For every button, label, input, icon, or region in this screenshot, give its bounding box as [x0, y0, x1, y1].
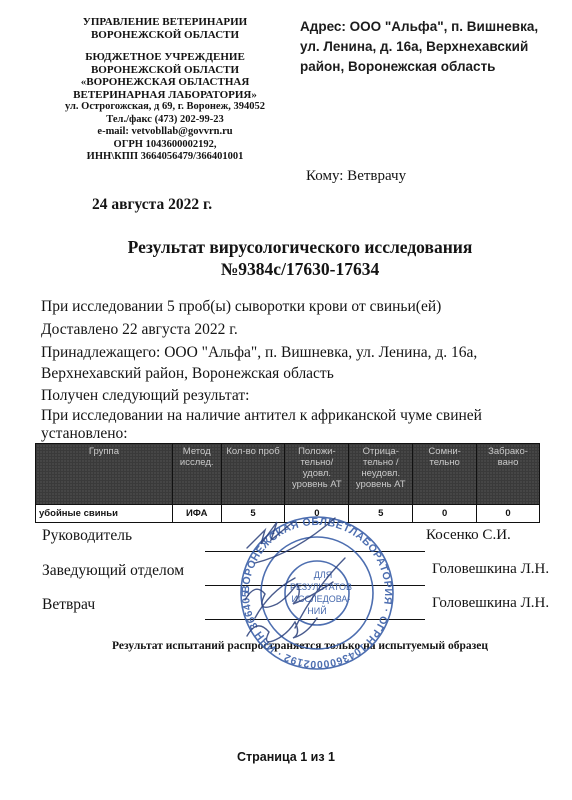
authority-line: ВОРОНЕЖСКОЙ ОБЛАСТИ — [40, 29, 290, 42]
col-rejected: Забрако-вано — [477, 444, 540, 505]
recipient-address: Адрес: ООО "Альфа", п. Вишневка, ул. Лен… — [300, 17, 560, 77]
lab-email: e-mail: vetvobllab@govvrn.ru — [40, 126, 290, 139]
signature-role-vet: Ветврач — [42, 596, 95, 614]
owner-line: Верхнехавский район, Воронежская область — [41, 363, 561, 384]
study-line: установлено: — [41, 425, 561, 443]
authority-line: УПРАВЛЕНИЕ ВЕТЕРИНАРИИ — [40, 16, 290, 29]
col-positive: Положи-тельно/ удовл. уровень АТ — [285, 444, 349, 505]
page-number: Страница 1 из 1 — [0, 750, 572, 764]
signature-role-head: Руководитель — [42, 527, 132, 545]
lab-address: ул. Острогожская, д 69, г. Воронеж, 3940… — [40, 101, 290, 114]
institution-line: ВЕТЕРИНАРНАЯ ЛАБОРАТОРИЯ» — [40, 89, 290, 102]
col-method: Метод исслед. — [172, 444, 221, 505]
samples-text: При исследовании 5 проб(ы) сыворотки кро… — [41, 296, 561, 317]
document-title: Результат вирусологического исследования… — [40, 236, 560, 280]
table-header-row: Группа Метод исслед. Кол-во проб Положи-… — [36, 444, 540, 505]
study-line: При исследовании на наличие антител к аф… — [41, 407, 561, 425]
owner-line: Принадлежащего: ООО "Альфа", п. Вишневка… — [41, 342, 561, 363]
signature-name-department: Головешкина Л.Н. — [432, 561, 549, 578]
col-sample-count: Кол-во проб — [221, 444, 285, 505]
result-intro: Получен следующий результат: — [41, 385, 561, 406]
cell-rejected: 0 — [477, 505, 540, 523]
owner-text: Принадлежащего: ООО "Альфа", п. Вишневка… — [41, 342, 561, 384]
signature-name-vet: Головешкина Л.Н. — [432, 595, 549, 612]
recipient: Кому: Ветврачу — [306, 168, 406, 185]
cell-group: убойные свиньи — [36, 505, 173, 523]
col-negative: Отрица-тельно / неудовл. уровень АТ — [349, 444, 413, 505]
lab-phone: Тел./факс (473) 202-99-23 — [40, 114, 290, 127]
address-line: Адрес: ООО "Альфа", п. Вишневка, — [300, 17, 560, 37]
cell-doubtful: 0 — [413, 505, 477, 523]
institution-line: БЮДЖЕТНОЕ УЧРЕЖДЕНИЕ — [40, 51, 290, 64]
cell-method: ИФА — [172, 505, 221, 523]
address-line: район, Воронежская область — [300, 57, 560, 77]
signature-role-department: Заведующий отделом — [42, 562, 184, 580]
col-group: Группа — [36, 444, 173, 505]
official-stamp-icon: ВОРОНЕЖСКАЯ ОБЛВЕТЛАБОРАТОРИЯ · ОГРН 104… — [225, 508, 410, 673]
title-line: Результат вирусологического исследования — [40, 236, 560, 258]
svg-text:НИЙ: НИЙ — [307, 605, 326, 616]
document-date: 24 августа 2022 г. — [92, 196, 212, 214]
col-doubtful: Сомни-тельно — [413, 444, 477, 505]
lab-inn-kpp: ИНН\КПП 3664056479/366401001 — [40, 151, 290, 164]
study-text: При исследовании на наличие антител к аф… — [41, 407, 561, 443]
svg-text:ИССЛЕДОВА-: ИССЛЕДОВА- — [292, 594, 351, 604]
signature-name-head: Косенко С.И. — [426, 527, 511, 544]
delivered-text: Доставлено 22 августа 2022 г. — [41, 319, 561, 340]
lab-header: УПРАВЛЕНИЕ ВЕТЕРИНАРИИ ВОРОНЕЖСКОЙ ОБЛАС… — [40, 16, 290, 164]
document-number: №9384с/17630-17634 — [40, 258, 560, 280]
lab-ogrn: ОГРН 1043600002192, — [40, 139, 290, 152]
institution-line: ВОРОНЕЖСКОЙ ОБЛАСТИ — [40, 64, 290, 77]
institution-line: «ВОРОНЕЖСКАЯ ОБЛАСТНАЯ — [40, 76, 290, 89]
address-line: ул. Ленина, д. 16а, Верхнехавский — [300, 37, 560, 57]
